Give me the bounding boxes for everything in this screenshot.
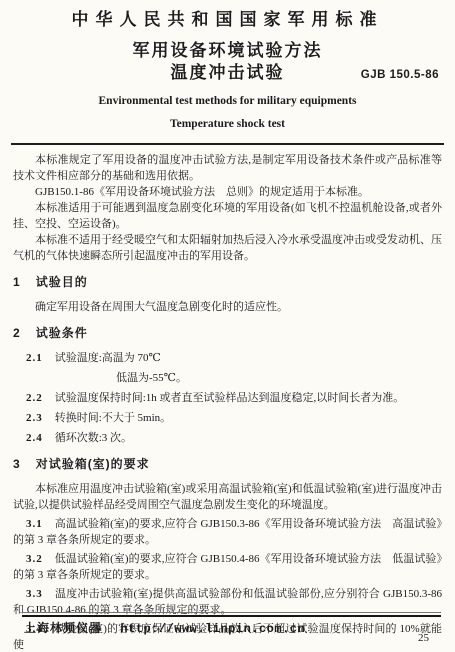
section-number: 1 [13, 275, 20, 289]
clause-number: 2.4 [26, 432, 43, 444]
page-number: 25 [418, 630, 429, 646]
document-title-en-line1: Environmental test methods for military … [13, 93, 442, 109]
clause-text: 低温试验箱(室)的要求,应符合 GJB150.4-86《军用设备环境试验方法 低… [13, 553, 442, 581]
preamble: 本标准规定了军用设备的温度冲击试验方法,是制定军用设备技术条件或产品标准等技术文… [13, 152, 442, 264]
clause-number: 2.2 [26, 392, 43, 404]
standard-org-title: 中华人民共和国国家军用标准 [13, 12, 442, 28]
clause-number: 3.2 [26, 553, 43, 565]
clause-3-2: 3.2低温试验箱(室)的要求,应符合 GJB150.4-86《军用设备环境试验方… [13, 551, 442, 583]
footer-divider [22, 612, 441, 617]
clause-text: 转换时间:不大于 5min。 [55, 412, 171, 424]
standard-code: GJB 150.5-86 [361, 67, 439, 83]
section-1-body: 确定军用设备在周围大气温度急剧变化时的适应性。 [13, 299, 442, 315]
footer-url: http://www.linpin.com.cn [120, 622, 305, 636]
clause-number: 3.1 [26, 518, 43, 530]
clause-number: 2.3 [26, 412, 43, 424]
clause-text: 循环次数:3 次。 [55, 432, 132, 444]
clause-2-2: 2.2试验温度保持时间:1h 或者直至试验样品达到温度稳定,以时间长者为准。 [13, 390, 442, 406]
section-title: 对试验箱(室)的要求 [36, 457, 150, 471]
preamble-paragraph: 本标准不适用于经受暖空气和太阳辐射加热后浸入冷水承受温度冲击或受发动机、压气机的… [13, 232, 442, 264]
clause-2-1-continuation: 低温为-55℃。 [13, 370, 442, 386]
clause-text: 试验温度保持时间:1h 或者直至试验样品达到温度稳定,以时间长者为准。 [55, 392, 405, 404]
clause-number: 3.3 [26, 588, 43, 600]
document-title-en-line2: Temperature shock test [13, 116, 442, 132]
section-1-heading: 1试验目的 [13, 274, 442, 290]
header-divider [11, 143, 444, 145]
clause-text: 高温试验箱(室)的要求,应符合 GJB150.3-86《军用设备环境试验方法 高… [13, 518, 442, 546]
clause-number: 2.1 [26, 352, 43, 364]
section-number: 3 [13, 457, 20, 471]
section-2-heading: 2试验条件 [13, 325, 442, 341]
page-footer: 上海林频仪器 http://www.linpin.com.cn 25 [0, 612, 455, 652]
preamble-paragraph: 本标准适用于可能遇到温度急剧变化环境的军用设备(如飞机不控温机舱设备,或者外挂、… [13, 200, 442, 232]
footer-company: 上海林频仪器 [24, 621, 102, 635]
section-title: 试验目的 [36, 275, 88, 289]
section-3-heading: 3对试验箱(室)的要求 [13, 456, 442, 472]
section-3-intro: 本标准应用温度冲击试验箱(室)或采用高温试验箱(室)和低温试验箱(室)进行温度冲… [13, 481, 442, 513]
clause-2-1: 2.1试验温度:高温为 70℃ [13, 350, 442, 366]
clause-2-4: 2.4循环次数:3 次。 [13, 430, 442, 446]
section-number: 2 [13, 326, 20, 340]
document-title-cn-line1: 军用设备环境试验方法 [13, 40, 442, 62]
preamble-paragraph: GJB150.1-86《军用设备环境试验方法 总则》的规定适用于本标准。 [13, 184, 442, 200]
section-title: 试验条件 [36, 326, 88, 340]
document-page: 中华人民共和国国家军用标准 军用设备环境试验方法 温度冲击试验 GJB 150.… [0, 0, 455, 652]
clause-2-3: 2.3转换时间:不大于 5min。 [13, 410, 442, 426]
clause-text: 试验温度:高温为 70℃ [55, 352, 161, 364]
section-2-clauses: 2.1试验温度:高温为 70℃ 低温为-55℃。 2.2试验温度保持时间:1h … [13, 350, 442, 446]
footer-watermark: 上海林频仪器 http://www.linpin.com.cn [24, 620, 305, 637]
clause-3-1: 3.1高温试验箱(室)的要求,应符合 GJB150.3-86《军用设备环境试验方… [13, 516, 442, 548]
preamble-paragraph: 本标准规定了军用设备的温度冲击试验方法,是制定军用设备技术条件或产品标准等技术文… [13, 152, 442, 184]
